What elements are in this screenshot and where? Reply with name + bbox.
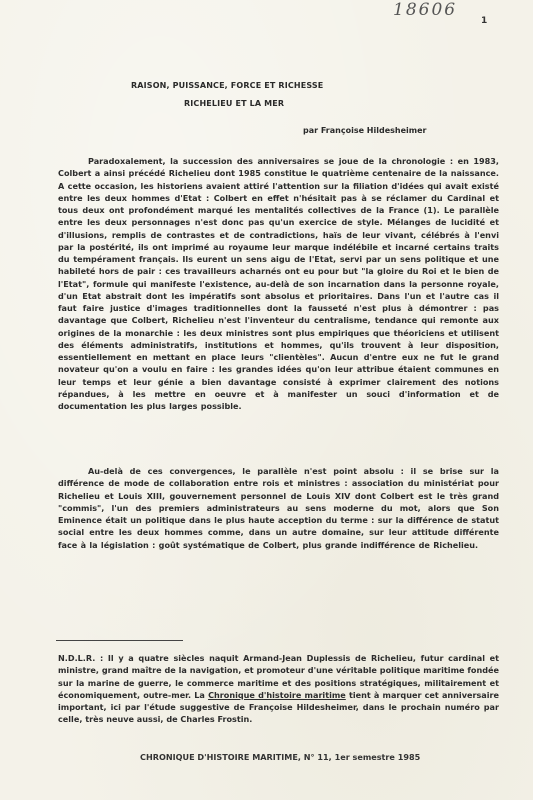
author-byline: par Françoise Hildesheimer: [303, 126, 426, 135]
journal-citation: CHRONIQUE D'HISTOIRE MARITIME, N° 11, 1e…: [140, 752, 420, 762]
paragraph-text: Paradoxalement, la succession des annive…: [58, 155, 499, 412]
document-page: 18606 1 RAISON, PUISSANCE, FORCE ET RICH…: [0, 0, 533, 800]
article-title: RAISON, PUISSANCE, FORCE ET RICHESSE: [131, 81, 323, 90]
archive-number: 18606: [393, 0, 457, 20]
paragraph-text: Au-delà de ces convergences, le parallèl…: [58, 465, 499, 551]
journal-title-underlined: Chronique d'histoire maritime: [208, 690, 346, 700]
editor-note: N.D.L.R. : Il y a quatre siècles naquit …: [58, 652, 499, 726]
page-number: 1: [481, 16, 487, 26]
footnote-divider: [56, 640, 183, 641]
article-subtitle: RICHELIEU ET LA MER: [184, 99, 284, 108]
body-paragraph-1: Paradoxalement, la succession des annive…: [58, 155, 499, 412]
body-paragraph-2: Au-delà de ces convergences, le parallèl…: [58, 465, 499, 551]
